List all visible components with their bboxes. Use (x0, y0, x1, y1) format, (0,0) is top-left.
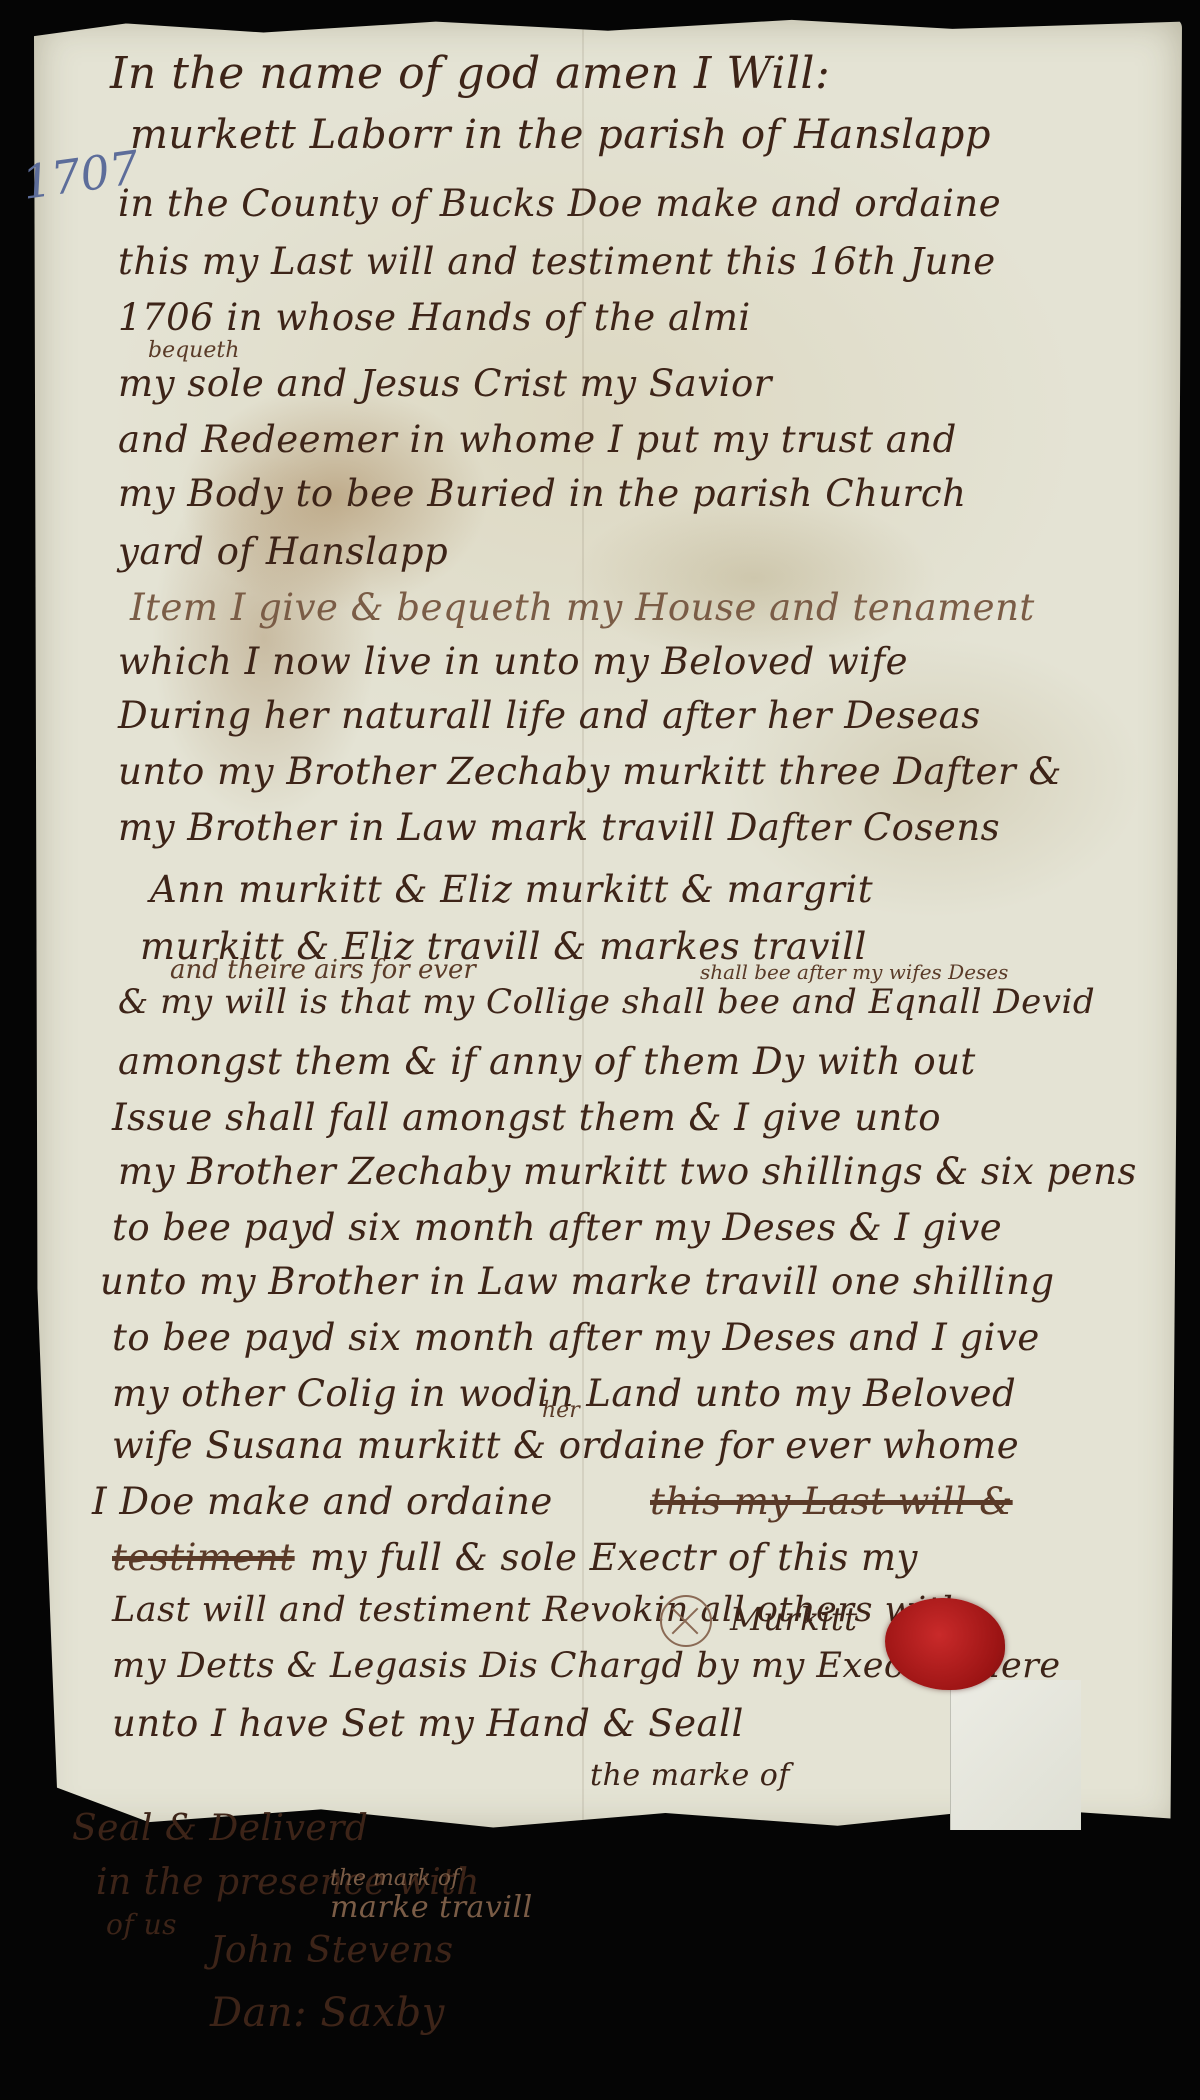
text-line: in the County of Bucks Doe make and orda… (118, 182, 1001, 225)
text-line: wife Susana murkitt & ordaine for ever w… (112, 1424, 1019, 1467)
witness-mark-name: marke travill (330, 1890, 533, 1925)
text-line: Issue shall fall amongst them & I give u… (112, 1096, 941, 1139)
text-line: amongst them & if anny of them Dy with o… (118, 1040, 976, 1083)
text-line: In the name of god amen I Will: (110, 48, 830, 99)
text-line: and Redeemer in whome I put my trust and (118, 418, 957, 461)
sealed-delivered-line: Seal & Deliverd (72, 1808, 368, 1849)
testator-mark-caption: the marke of (590, 1758, 790, 1793)
witness-signature: John Stevens (210, 1930, 454, 1971)
testator-signature: Murkitt (730, 1600, 858, 1638)
text-line: During her naturall life and after her D… (118, 694, 981, 737)
text-line: my Brother in Law mark travill Dafter Co… (118, 806, 1000, 849)
text-line: which I now live in unto my Beloved wife (118, 640, 908, 683)
struck-text: testiment (112, 1536, 295, 1579)
of-us-line: of us (106, 1908, 177, 1941)
interlinear-note: her (542, 1398, 580, 1423)
interlinear-note: shall bee after my wifes Deses (700, 960, 1008, 984)
text-line: murkett Laborr in the parish of Hanslapp (130, 112, 991, 158)
text-line: to bee payd six month after my Deses and… (112, 1316, 1040, 1359)
text-line: this my Last will and testiment this 16t… (118, 240, 996, 283)
text-line: to bee payd six month after my Deses & I… (112, 1206, 1002, 1249)
text-line: my sole and Jesus Crist my Savior (118, 362, 772, 405)
text-line: my full & sole Exectr of this my (310, 1536, 918, 1579)
interlinear-note: and theire airs for ever (170, 955, 476, 985)
text-line: & my will is that my Collige shall bee a… (118, 982, 1095, 1022)
text-line: unto I have Set my Hand & Seall (112, 1702, 744, 1745)
text-line: 1706 in whose Hands of the almi (118, 296, 751, 339)
text-line: Item I give & bequeth my House and tenam… (130, 586, 1035, 629)
text-line: I Doe make and ordaine (92, 1480, 553, 1523)
text-line: my Body to bee Buried in the parish Chur… (118, 472, 966, 515)
text-line: my Brother Zechaby murkitt two shillings… (118, 1150, 1137, 1193)
seal-paper-flap (950, 1680, 1081, 1830)
text-line: unto my Brother in Law marke travill one… (100, 1260, 1055, 1303)
text-line: Ann murkitt & Eliz murkitt & margrit (150, 868, 873, 911)
struck-text: this my Last will & (650, 1480, 1013, 1523)
testator-mark-x-icon (660, 1595, 712, 1647)
interlinear-note: bequeth (148, 338, 239, 363)
witness-mark-label: the mark of (330, 1866, 459, 1891)
witness-signature: Dan: Saxby (210, 1990, 445, 2036)
text-line: unto my Brother Zechaby murkitt three Da… (118, 750, 1062, 793)
text-line: yard of Hanslapp (118, 530, 448, 573)
